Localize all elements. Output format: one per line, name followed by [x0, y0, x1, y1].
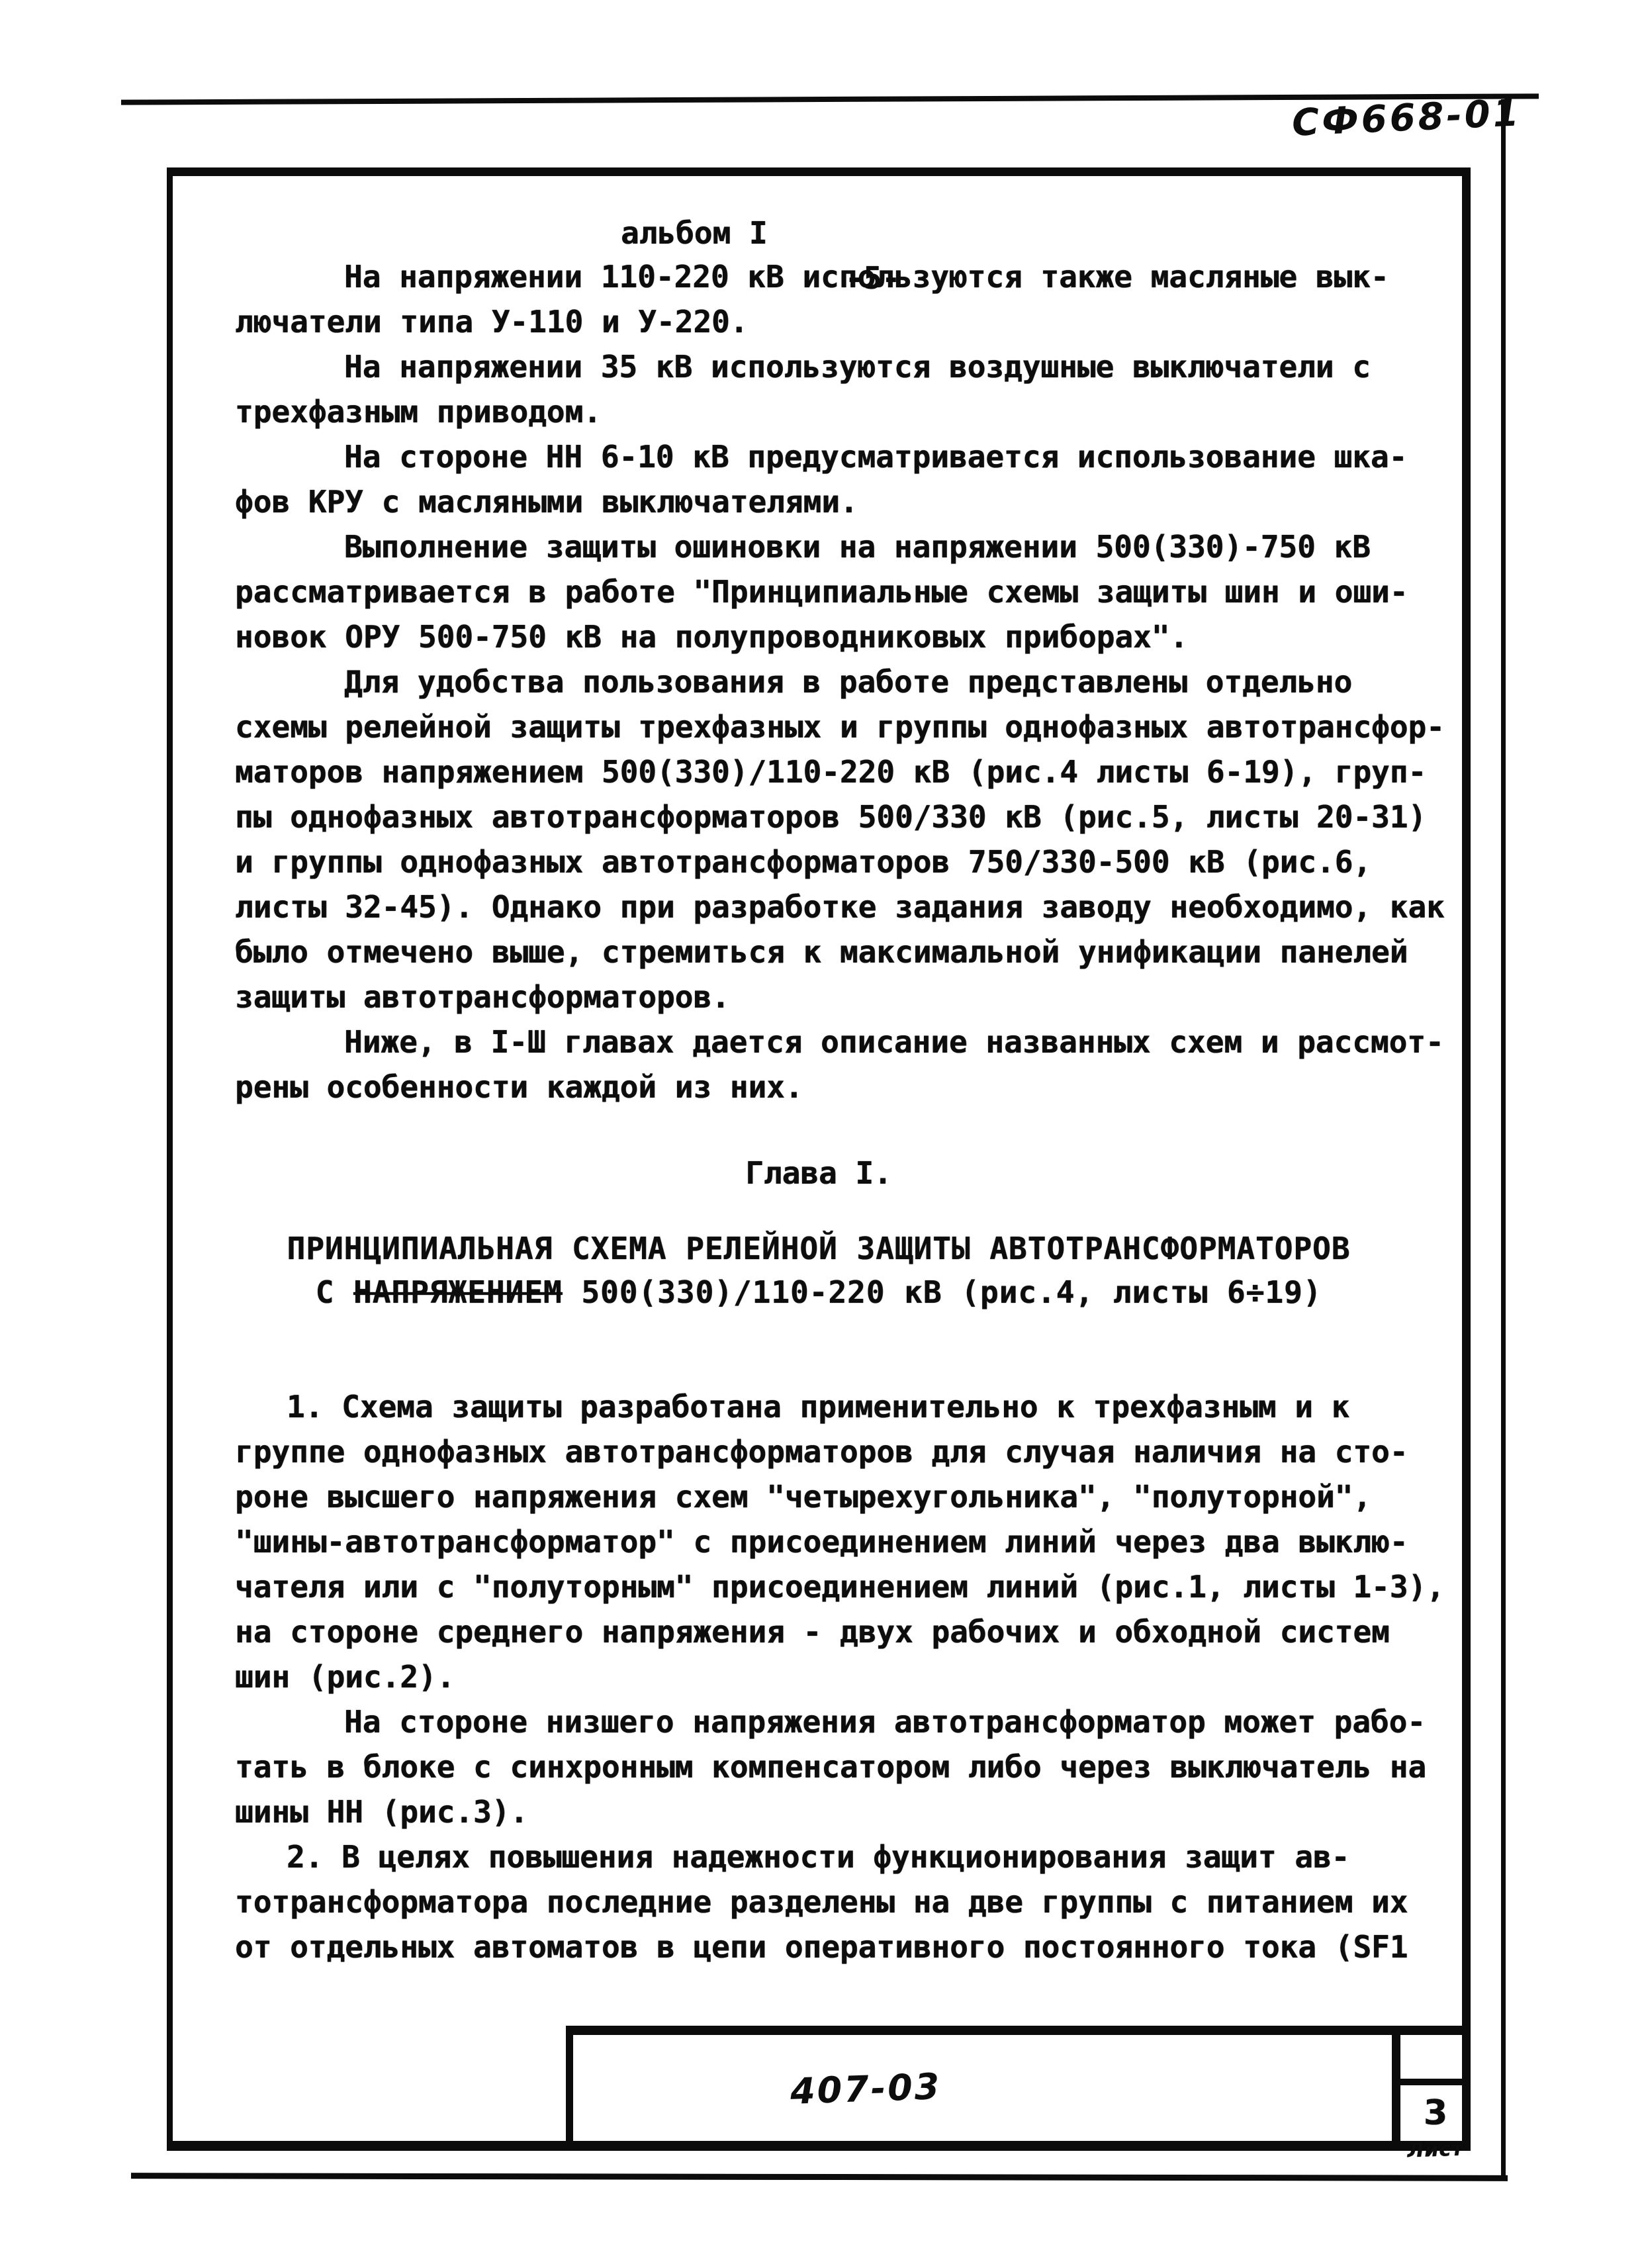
chapter-heading: Глава I. [167, 1151, 1471, 1196]
text-line: 2. В целях повышения надежности функцион… [235, 1834, 1479, 1879]
text-line: Для удобства пользования в работе предст… [235, 659, 1479, 704]
text-line: рассматривается в работе "Принципиальные… [235, 569, 1479, 614]
section-title-struck-word: НАПРЯЖЕНИЕМ [353, 1274, 563, 1310]
footer-title-box: 407-03 [566, 2026, 1471, 2151]
text-line: пы однофазных автотрансформаторов 500/33… [235, 794, 1479, 839]
text-line: "шины-автотрансформатор" с присоединение… [235, 1519, 1479, 1564]
section-title-line2-prefix: С [316, 1274, 353, 1310]
page-header: альбом I -5- [0, 165, 1642, 211]
header-album-label: альбом I [621, 211, 768, 256]
document-number: 407-03 [790, 2065, 942, 2112]
text-line: На стороне низшего напряжения автотрансф… [235, 1699, 1479, 1744]
text-line: лючатели типа У-110 и У-220. [235, 299, 1479, 344]
section-title-line2-rest: 500(330)/110-220 кВ (рис.4, листы 6÷19) [563, 1274, 1322, 1310]
text-line: фов КРУ с масляными выключателями. [235, 479, 1479, 524]
text-line: на стороне среднего напряжения - двух ра… [235, 1609, 1479, 1654]
sheet-cell: Лист 3 [1392, 2026, 1471, 2151]
text-line: шины НН (рис.3). [235, 1789, 1479, 1834]
text-line: тать в блоке с синхронным компенсатором … [235, 1744, 1479, 1789]
text-line: маторов напряжением 500(330)/110-220 кВ … [235, 749, 1479, 794]
text-line: и группы однофазных автотрансформаторов … [235, 839, 1479, 884]
body-text-block-1: На напряжении 110-220 кВ используются та… [235, 254, 1479, 1110]
text-line: группе однофазных автотрансформаторов дл… [235, 1429, 1479, 1474]
scanned-document-page: СФ668-01 альбом I -5- На напряжении 110-… [0, 0, 1642, 2268]
outer-bottom-border-line [131, 2173, 1508, 2181]
text-line: защиты автотрансформаторов. [235, 974, 1479, 1019]
body-text-block-2: 1. Схема защиты разработана применительн… [235, 1384, 1479, 1969]
sheet-number: 3 [1400, 2091, 1471, 2136]
text-line: На стороне НН 6-10 кВ предусматривается … [235, 434, 1479, 479]
text-line: тотрансформатора последние разделены на … [235, 1879, 1479, 1924]
text-line: трехфазным приводом. [235, 389, 1479, 434]
text-line: роне высшего напряжения схем "четырехуго… [235, 1474, 1479, 1519]
section-title-line1: ПРИНЦИПИАЛЬНАЯ СХЕМА РЕЛЕЙНОЙ ЗАЩИТЫ АВТ… [167, 1226, 1471, 1271]
text-line: листы 32-45). Однако при разработке зада… [235, 884, 1479, 929]
text-line: На напряжении 110-220 кВ используются та… [235, 254, 1479, 299]
text-line: схемы релейной защиты трехфазных и групп… [235, 704, 1479, 749]
text-line: было отмечено выше, стремиться к максима… [235, 929, 1479, 974]
text-line: от отдельных автоматов в цепи оперативно… [235, 1924, 1479, 1969]
text-line: Ниже, в I-Ш главах дается описание назва… [235, 1019, 1479, 1064]
text-line: 1. Схема защиты разработана применительн… [235, 1384, 1479, 1429]
outer-right-border-line [1501, 99, 1506, 2179]
text-line: На напряжении 35 кВ используются воздушн… [235, 344, 1479, 389]
text-line: новок ОРУ 500-750 кВ на полупроводниковы… [235, 614, 1479, 659]
text-line: рены особенности каждой из них. [235, 1064, 1479, 1110]
text-line: Выполнение защиты ошиновки на напряжении… [235, 524, 1479, 569]
text-line: чателя или с "полуторным" присоединением… [235, 1564, 1479, 1609]
text-line: шин (рис.2). [235, 1654, 1479, 1699]
section-title-line2: С НАПРЯЖЕНИЕМ 500(330)/110-220 кВ (рис.4… [167, 1270, 1471, 1315]
sheet-cell-divider [1400, 2079, 1471, 2085]
